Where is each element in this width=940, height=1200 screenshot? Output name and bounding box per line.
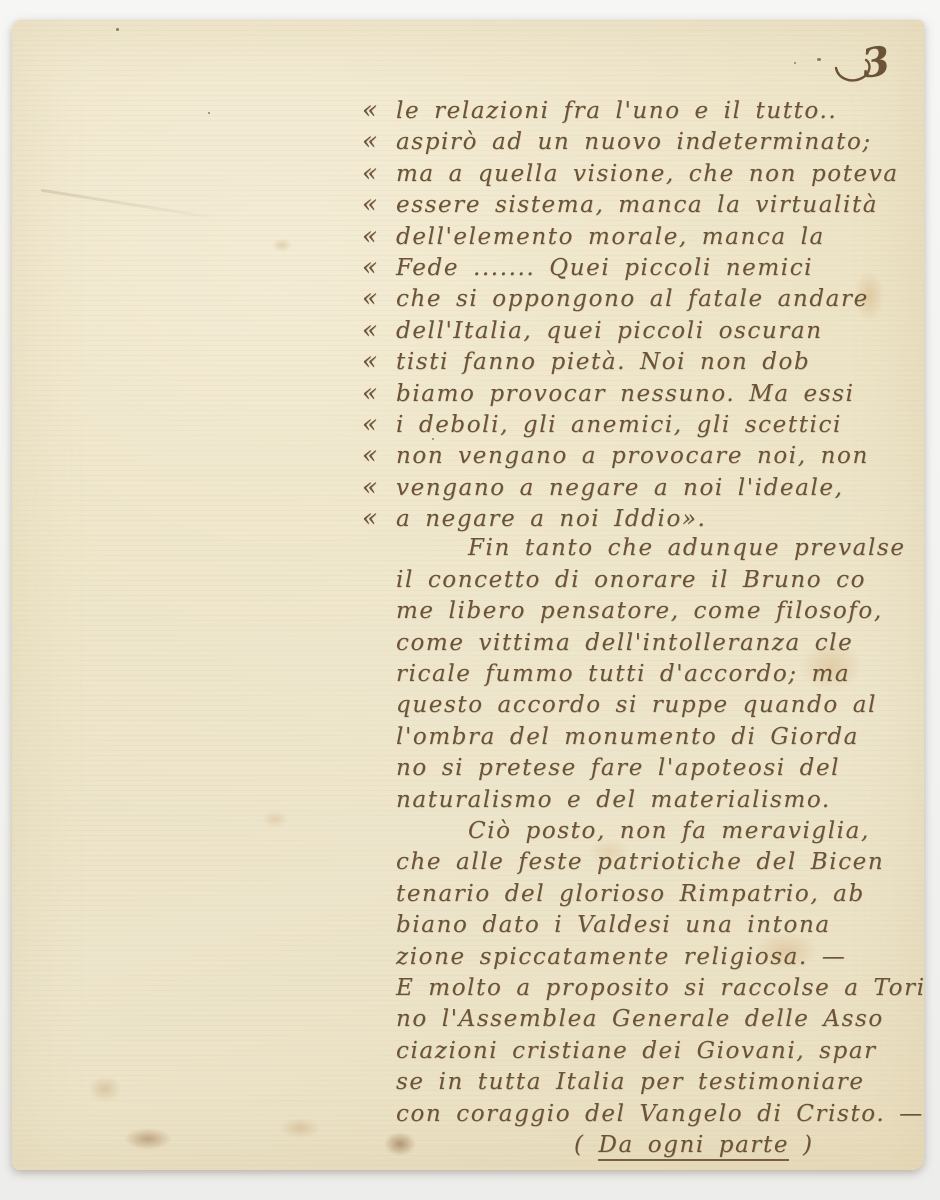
quote-mark: « [362,314,396,345]
ink-speck [116,28,119,31]
paper-stain [262,810,288,828]
ink-speck [817,58,821,61]
manuscript-lines: «le relazioni fra l'uno e il tutto..«asp… [362,94,937,1130]
line-text: tenario del glorioso Rimpatrio, ab [396,879,865,910]
text-line: «vengano a negare a noi l'ideale, [362,471,937,502]
ink-speck [794,62,796,64]
quote-mark: « [362,220,396,251]
quote-mark: « [362,377,396,408]
line-text: biano dato i Valdesi una intona [396,910,831,941]
text-line: «che si oppongono al fatale andare [362,282,937,313]
text-line: «ma a quella visione, che non poteva [362,157,937,188]
attribution-source: Da ogni parte [598,1132,789,1161]
line-text: aspirò ad un nuovo indeterminato; [396,127,872,158]
text-line: «a negare a noi Iddio». [362,502,937,533]
text-line: biano dato i Valdesi una intona [362,910,937,941]
line-text: ciazioni cristiane dei Giovani, spar [396,1036,877,1067]
quote-mark: « [362,188,396,219]
quote-mark: « [362,345,396,376]
manuscript-text: «le relazioni fra l'uno e il tutto..«asp… [362,94,937,1161]
quote-mark: « [362,125,396,156]
quote-mark: « [362,157,396,188]
line-text: con coraggio del Vangelo di Cristo. — [396,1099,924,1130]
line-text: che si oppongono al fatale andare [396,284,869,315]
text-line: E molto a proposito si raccolse a Tori [362,973,937,1004]
text-line: ciazioni cristiane dei Giovani, spar [362,1036,937,1067]
attribution-line: ( Da ogni parte ) [362,1130,937,1161]
text-line: se in tutta Italia per testimoniare [362,1067,937,1098]
text-line: con coraggio del Vangelo di Cristo. — [362,1099,937,1130]
text-line: «dell'elemento morale, manca la [362,220,937,251]
quote-mark: « [362,471,396,502]
line-text: a negare a noi Iddio». [396,504,706,535]
paper-stain [124,1128,172,1150]
line-text: no si pretese fare l'apoteosi del [396,753,840,784]
line-text: che alle feste patriotiche del Bicen [396,847,884,878]
line-text: E molto a proposito si raccolse a Tori [396,973,926,1004]
manuscript-paper: 3 «le relazioni fra l'uno e il tutto..«a… [12,20,924,1170]
line-text: me libero pensatore, come filosofo, [396,596,883,627]
text-line: che alle feste patriotiche del Bicen [362,847,937,878]
text-line: ricale fummo tutti d'accordo; ma [362,659,937,690]
line-text: il concetto di onorare il Bruno co [396,565,866,596]
text-line: Ciò posto, non fa meraviglia, [362,816,937,847]
line-text: tisti fanno pietà. Noi non dob [396,347,810,378]
line-text: ricale fummo tutti d'accordo; ma [396,659,850,690]
line-text: zione spiccatamente religiosa. — [396,942,846,973]
line-text: biamo provocar nessuno. Ma essi [396,379,855,410]
line-text: essere sistema, manca la virtualità [396,190,878,221]
line-text: Fin tanto che adunque prevalse [396,533,906,564]
text-line: «Fede ....... Quei piccoli nemici [362,251,937,282]
text-line: «biamo provocar nessuno. Ma essi [362,377,937,408]
text-line: l'ombra del monumento di Giorda [362,722,937,753]
attribution-close: ) [789,1132,813,1158]
page-number: 3 [830,38,890,88]
paper-stain [88,1076,122,1102]
text-line: zione spiccatamente religiosa. — [362,942,937,973]
line-text: Fede ....... Quei piccoli nemici [396,253,813,284]
text-line: Fin tanto che adunque prevalse [362,533,937,564]
line-text: questo accordo si ruppe quando al [396,690,877,721]
line-text: se in tutta Italia per testimoniare [396,1067,865,1098]
line-text: ma a quella visione, che non poteva [396,159,899,190]
text-line: il concetto di onorare il Bruno co [362,565,937,596]
line-text: l'ombra del monumento di Giorda [396,722,859,753]
text-line: «essere sistema, manca la virtualità [362,188,937,219]
text-line: «non vengano a provocare noi, non [362,439,937,470]
ink-speck [208,112,210,114]
text-line: me libero pensatore, come filosofo, [362,596,937,627]
text-line: «aspirò ad un nuovo indeterminato; [362,125,937,156]
line-text: non vengano a provocare noi, non [396,441,869,472]
attribution-open: ( [574,1132,598,1158]
line-text: no l'Assemblea Generale delle Asso [396,1004,884,1035]
text-line: tenario del glorioso Rimpatrio, ab [362,879,937,910]
text-line: «dell'Italia, quei piccoli oscuran [362,314,937,345]
quote-mark: « [362,251,396,282]
line-text: Ciò posto, non fa meraviglia, [396,816,870,847]
quote-mark: « [362,408,396,439]
line-text: dell'Italia, quei piccoli oscuran [396,316,823,347]
line-text: i deboli, gli anemici, gli scettici [396,410,842,441]
line-text: naturalismo e del materialismo. [396,785,831,816]
text-line: questo accordo si ruppe quando al [362,690,937,721]
text-line: no si pretese fare l'apoteosi del [362,753,937,784]
line-text: come vittima dell'intolleranza cle [396,628,853,659]
quote-mark: « [362,94,396,125]
line-text: vengano a negare a noi l'ideale, [396,473,844,504]
quote-mark: « [362,502,396,533]
text-line: naturalismo e del materialismo. [362,785,937,816]
quote-mark: « [362,439,396,470]
paper-crease [41,189,209,219]
paper-stain [272,238,292,252]
line-text: le relazioni fra l'uno e il tutto.. [396,96,837,127]
paper-stain [280,1118,320,1138]
text-line: come vittima dell'intolleranza cle [362,628,937,659]
page-number-digit: 3 [860,41,893,84]
text-line: «le relazioni fra l'uno e il tutto.. [362,94,937,125]
line-text: dell'elemento morale, manca la [396,222,825,253]
text-line: «i deboli, gli anemici, gli scettici [362,408,937,439]
text-line: no l'Assemblea Generale delle Asso [362,1004,937,1035]
quote-mark: « [362,282,396,313]
text-line: «tisti fanno pietà. Noi non dob [362,345,937,376]
